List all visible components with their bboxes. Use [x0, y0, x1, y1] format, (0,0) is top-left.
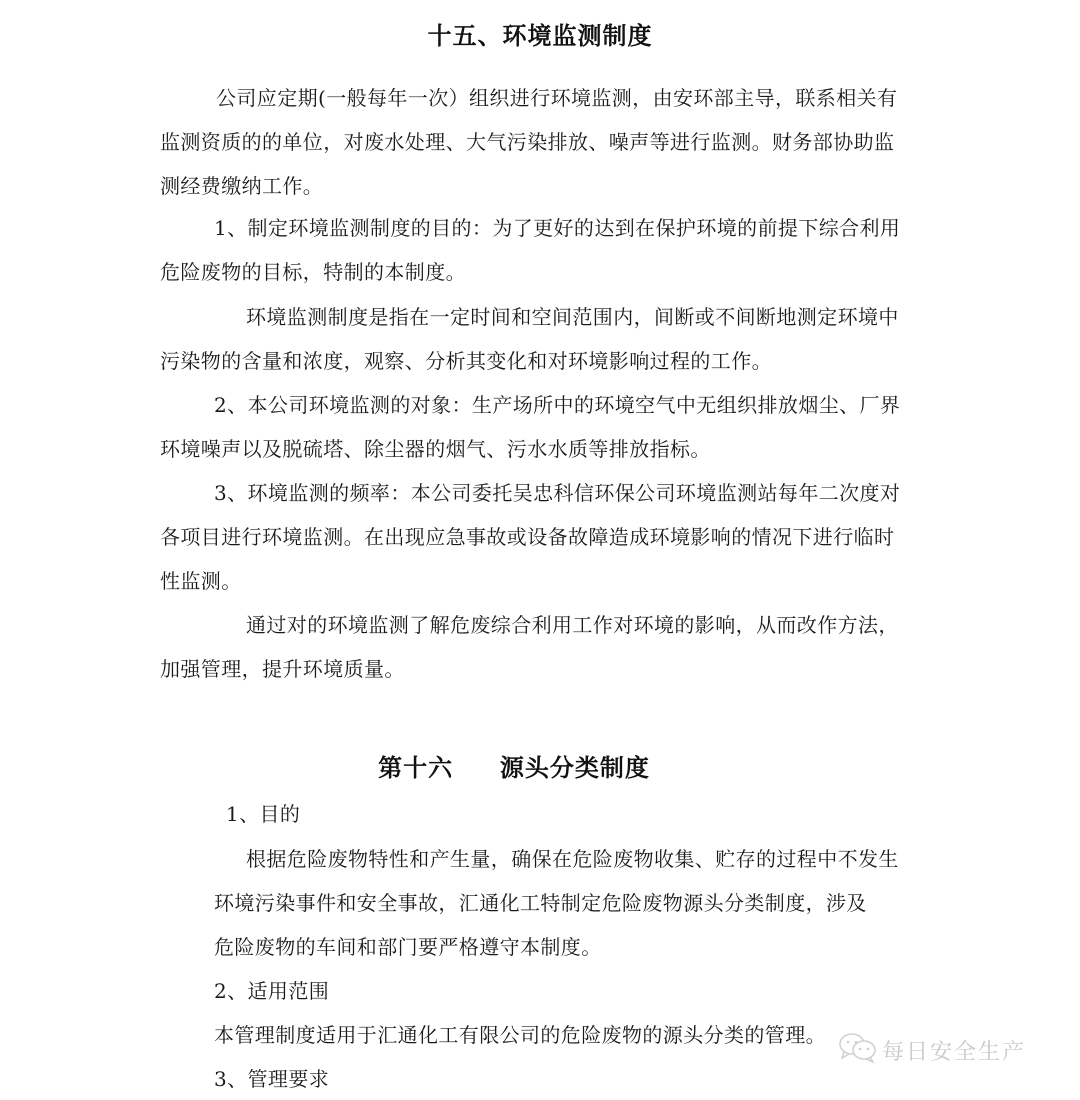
- item-3-heading: 3、管理要求: [214, 1067, 329, 1091]
- paragraph-line: 危险废物的车间和部门要严格遵守本制度。: [214, 935, 602, 959]
- watermark-text: 每日安全生产: [882, 1035, 1026, 1066]
- paragraph-line: 加强管理，提升环境质量。: [160, 657, 405, 681]
- section-16-title: 第十六 源头分类制度: [0, 748, 1054, 783]
- paragraph-line: 根据危险废物特性和产生量，确保在危险废物收集、贮存的过程中不发生: [246, 847, 899, 871]
- watermark: 每日安全生产: [838, 1032, 1026, 1068]
- document-page: 十五、环境监测制度 公司应定期(一般每年一次）组织进行环境监测，由安环部主导，联…: [0, 0, 1080, 1100]
- paragraph-line: 污染物的含量和浓度，观察、分析其变化和对环境影响过程的工作。: [160, 349, 772, 373]
- paragraph-line: 环境污染事件和安全事故，汇通化工特制定危险废物源头分类制度，涉及: [214, 891, 867, 915]
- paragraph-line: 性监测。: [160, 569, 242, 593]
- item-2-heading: 2、适用范围: [214, 979, 329, 1003]
- paragraph-line: 通过对的环境监测了解危废综合利用工作对环境的影响，从而改作方法，: [246, 613, 899, 637]
- paragraph-line: 监测资质的的单位，对废水处理、大气污染排放、噪声等进行监测。财务部协助监: [160, 130, 894, 154]
- paragraph-line: 2、本公司环境监测的对象：生产场所中的环境空气中无组织排放烟尘、厂界: [214, 393, 900, 417]
- paragraph-line: 危险废物的目标，特制的本制度。: [160, 260, 466, 284]
- paragraph-line: 本管理制度适用于汇通化工有限公司的危险废物的源头分类的管理。: [214, 1023, 826, 1047]
- paragraph-line: 1、制定环境监测制度的目的：为了更好的达到在保护环境的前提下综合利用: [214, 216, 900, 240]
- item-1-heading: 1、目的: [226, 802, 300, 826]
- paragraph-line: 测经费缴纳工作。: [160, 174, 323, 198]
- section-15-title: 十五、环境监测制度: [0, 16, 1080, 51]
- paragraph-line: 环境监测制度是指在一定时间和空间范围内，间断或不间断地测定环境中: [246, 305, 899, 329]
- paragraph-line: 各项目进行环境监测。在出现应急事故或设备故障造成环境影响的情况下进行临时: [160, 525, 894, 549]
- paragraph-line: 公司应定期(一般每年一次）组织进行环境监测，由安环部主导，联系相关有: [216, 86, 897, 110]
- wechat-icon: [838, 1032, 878, 1068]
- paragraph-line: 环境噪声以及脱硫塔、除尘器的烟气、污水水质等排放指标。: [160, 437, 711, 461]
- paragraph-line: 3、环境监测的频率：本公司委托吴忠科信环保公司环境监测站每年二次度对: [214, 481, 900, 505]
